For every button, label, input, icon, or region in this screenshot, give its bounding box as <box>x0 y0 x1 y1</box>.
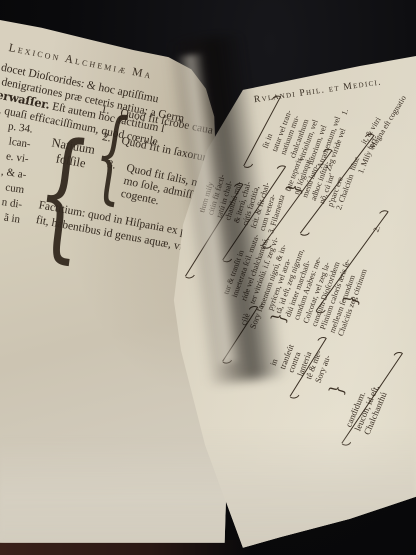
filamenta-item: 3. Filamentacum vetera-ſcit. & fit chal-… <box>197 165 288 234</box>
section-number-1: 1. <box>340 108 351 117</box>
item-lines: 1. Miſy fact-hinc <box>348 131 381 175</box>
misy-item: 1. Miſy fact-hinc <box>348 131 381 175</box>
item-lines: 3. Filamentacum vetera-ſcit. & fit chal-… <box>197 165 288 234</box>
left-margin-notes: p. 34.lcan-e. vi-, & a-cumn di-ã in <box>0 118 34 228</box>
item-number: 3. <box>106 158 117 172</box>
book-photograph: Lexicon Alchemiæ Ma o docet Dioſcorides:… <box>0 0 416 555</box>
brace-notch: { <box>326 382 350 397</box>
right-running-header: Rvlandi Phil. et Medici. <box>254 78 383 105</box>
item-number: 1. <box>100 103 111 116</box>
item-number: 2. <box>101 131 112 144</box>
